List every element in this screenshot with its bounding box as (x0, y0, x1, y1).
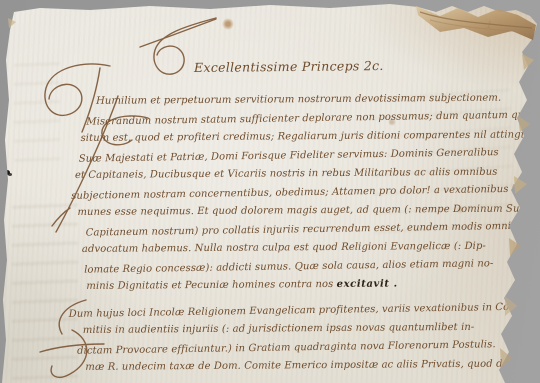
line-text: lomate Regio concessæ): addicti sumus. Q… (84, 258, 493, 275)
verso-bleed-through (14, 54, 60, 174)
manuscript-line: minis Dignitatis et Pecuniæ homines cont… (86, 274, 524, 296)
line-text: Suæ Majestati et Patriæ, Domi Forisque F… (79, 147, 499, 165)
salutation-heading: Excellentissime Princeps 2c. (194, 58, 384, 75)
manuscript-page: Excellentissime Princeps 2c. Humilium et… (0, 0, 540, 383)
line-text: advocatum habemus. Nulla nostra culpa es… (82, 241, 486, 255)
line-text: minis Dignitatis et Pecuniæ homines cont… (86, 279, 336, 292)
line-text: Capitaneum nostrum) pro collatis injurii… (86, 220, 530, 238)
ink-blot (4, 170, 10, 175)
line-emphasis-word: excitavit . (337, 278, 398, 289)
verso-bleed-through (12, 196, 78, 382)
line-text: mitiis in audientiis injuriis (: ad juri… (83, 322, 475, 336)
line-text: Humilium et perpetuorum servitiorum nost… (96, 93, 501, 107)
scan-background: Excellentissime Princeps 2c. Humilium et… (0, 0, 540, 383)
line-text: et Capitaneis, Ducibusque et Vicariis no… (75, 167, 498, 181)
line-text: Dum hujus loci Incolæ Religionem Evangel… (69, 301, 513, 319)
line-text: situm est, quod et profiteri credimus; R… (81, 129, 540, 144)
pencil-page-number: 1 (485, 20, 493, 32)
line-text: dictam Provocare efficiuntur.) in Gratia… (77, 339, 496, 357)
line-text: Miserandum nostrum statum sufficienter d… (86, 108, 540, 127)
manuscript-line: mæ R. undecim taxæ de Dom. Comite Emeric… (85, 355, 525, 377)
line-text: munes esse nequimus. Et quod dolorem mag… (77, 203, 540, 218)
line-text: mæ R. undecim taxæ de Dom. Comite Emeric… (85, 359, 502, 373)
letter-body: Humilium et perpetuorum servitiorum nost… (74, 89, 525, 379)
line-text: subjectionem nostram concernentibus, obe… (71, 183, 528, 201)
